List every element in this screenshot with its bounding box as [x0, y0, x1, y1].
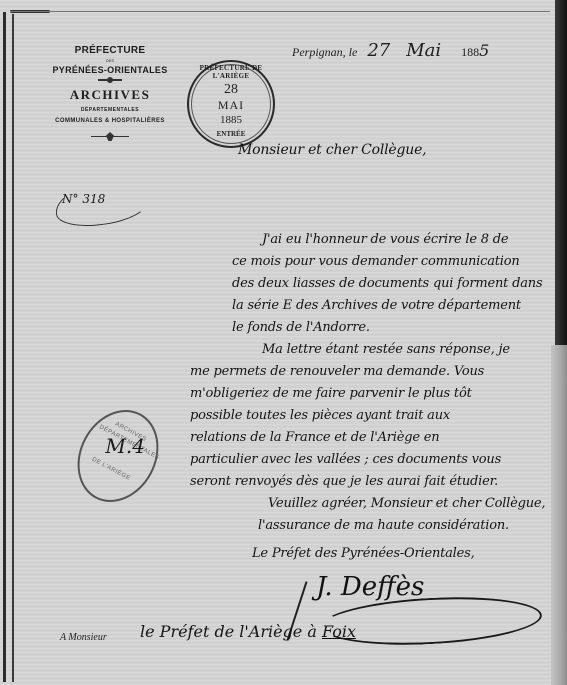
- letter-page: PRÉFECTURE DES PYRÉNÉES-ORIENTALES ARCHI…: [0, 0, 567, 685]
- top-rule: [10, 11, 550, 12]
- dateline-year-printed: 188: [461, 45, 479, 59]
- body-line: Ma lettre étant restée sans réponse, je: [262, 342, 510, 357]
- stamp-year: 1885: [189, 114, 273, 126]
- scan-edge-fold: [551, 345, 567, 685]
- dateline-month: Mai: [406, 40, 441, 61]
- body-line: ce mois pour vous demander communication: [232, 254, 520, 269]
- ornament-fleuron-icon: [91, 132, 129, 142]
- address-city: Foix: [322, 622, 356, 641]
- reference-number: N° 318: [62, 192, 105, 206]
- body-line: m'obligeriez de me faire parvenir le plu…: [190, 386, 472, 401]
- body-line: seront renvoyés dès que je les aurai fai…: [190, 474, 498, 489]
- signature: J. Deffès: [316, 572, 424, 602]
- salutation: Monsieur et cher Collègue,: [238, 142, 426, 158]
- address-printed: A Monsieur: [60, 632, 107, 643]
- stamp-entry: ENTRÉE: [189, 130, 273, 138]
- body-line: possible toutes les pièces ayant trait a…: [190, 408, 450, 423]
- letterhead: PRÉFECTURE DES PYRÉNÉES-ORIENTALES ARCHI…: [30, 45, 190, 142]
- left-margin-rule-inner: [12, 14, 14, 682]
- dateline: Perpignan, le 27 Mai 1885: [292, 40, 489, 61]
- dateline-day: 27: [367, 40, 390, 61]
- body-line: Veuillez agréer, Monsieur et cher Collèg…: [268, 496, 545, 511]
- stamp-day: 28: [189, 82, 273, 98]
- letterhead-prefecture: PRÉFECTURE: [30, 45, 190, 56]
- letterhead-department: PYRÉNÉES-ORIENTALES: [30, 65, 190, 75]
- archives-oval-stamp: ARCHIVES DÉPARTEMENTALES DE L'ARIÈGE M.4: [62, 396, 174, 516]
- received-date-stamp: PRÉFECTURE DE L'ARIÈGE 28 MAI 1885 ENTRÉ…: [187, 60, 275, 148]
- address-handwritten: le Préfet de l'Ariège à Foix: [140, 622, 356, 641]
- left-margin-rule: [3, 12, 6, 682]
- ornament-rule-icon: [98, 79, 122, 81]
- letterhead-communales: COMMUNALES & HOSPITALIÈRES: [30, 118, 190, 124]
- body-line: relations de la France et de l'Ariège en: [190, 430, 439, 445]
- stamp-month: MAI: [189, 98, 273, 113]
- body-line: me permets de renouveler ma demande. Vou…: [190, 364, 484, 379]
- letterhead-departementales: DÉPARTEMENTALES: [30, 107, 190, 113]
- body-line: des deux liasses de documents qui formen…: [232, 276, 542, 291]
- closing-title: Le Préfet des Pyrénées-Orientales,: [252, 546, 475, 561]
- oval-stamp-handwritten-mark: M.4: [105, 434, 145, 458]
- letterhead-archives: ARCHIVES: [30, 87, 190, 103]
- dateline-place: Perpignan, le: [292, 45, 357, 59]
- body-line: la série E des Archives de votre départe…: [232, 298, 521, 313]
- dateline-year-hand: 5: [479, 41, 489, 60]
- address-recipient: le Préfet de l'Ariège à: [140, 622, 317, 641]
- body-line: l'assurance de ma haute considération.: [258, 518, 509, 533]
- stamp-ring-text: PRÉFECTURE DE L'ARIÈGE: [193, 64, 269, 80]
- body-line: J'ai eu l'honneur de vous écrire le 8 de: [262, 232, 508, 247]
- body-line: le fonds de l'Andorre.: [232, 320, 370, 335]
- letterhead-des: DES: [30, 58, 190, 63]
- body-line: particulier avec les vallées ; ces docum…: [190, 452, 501, 467]
